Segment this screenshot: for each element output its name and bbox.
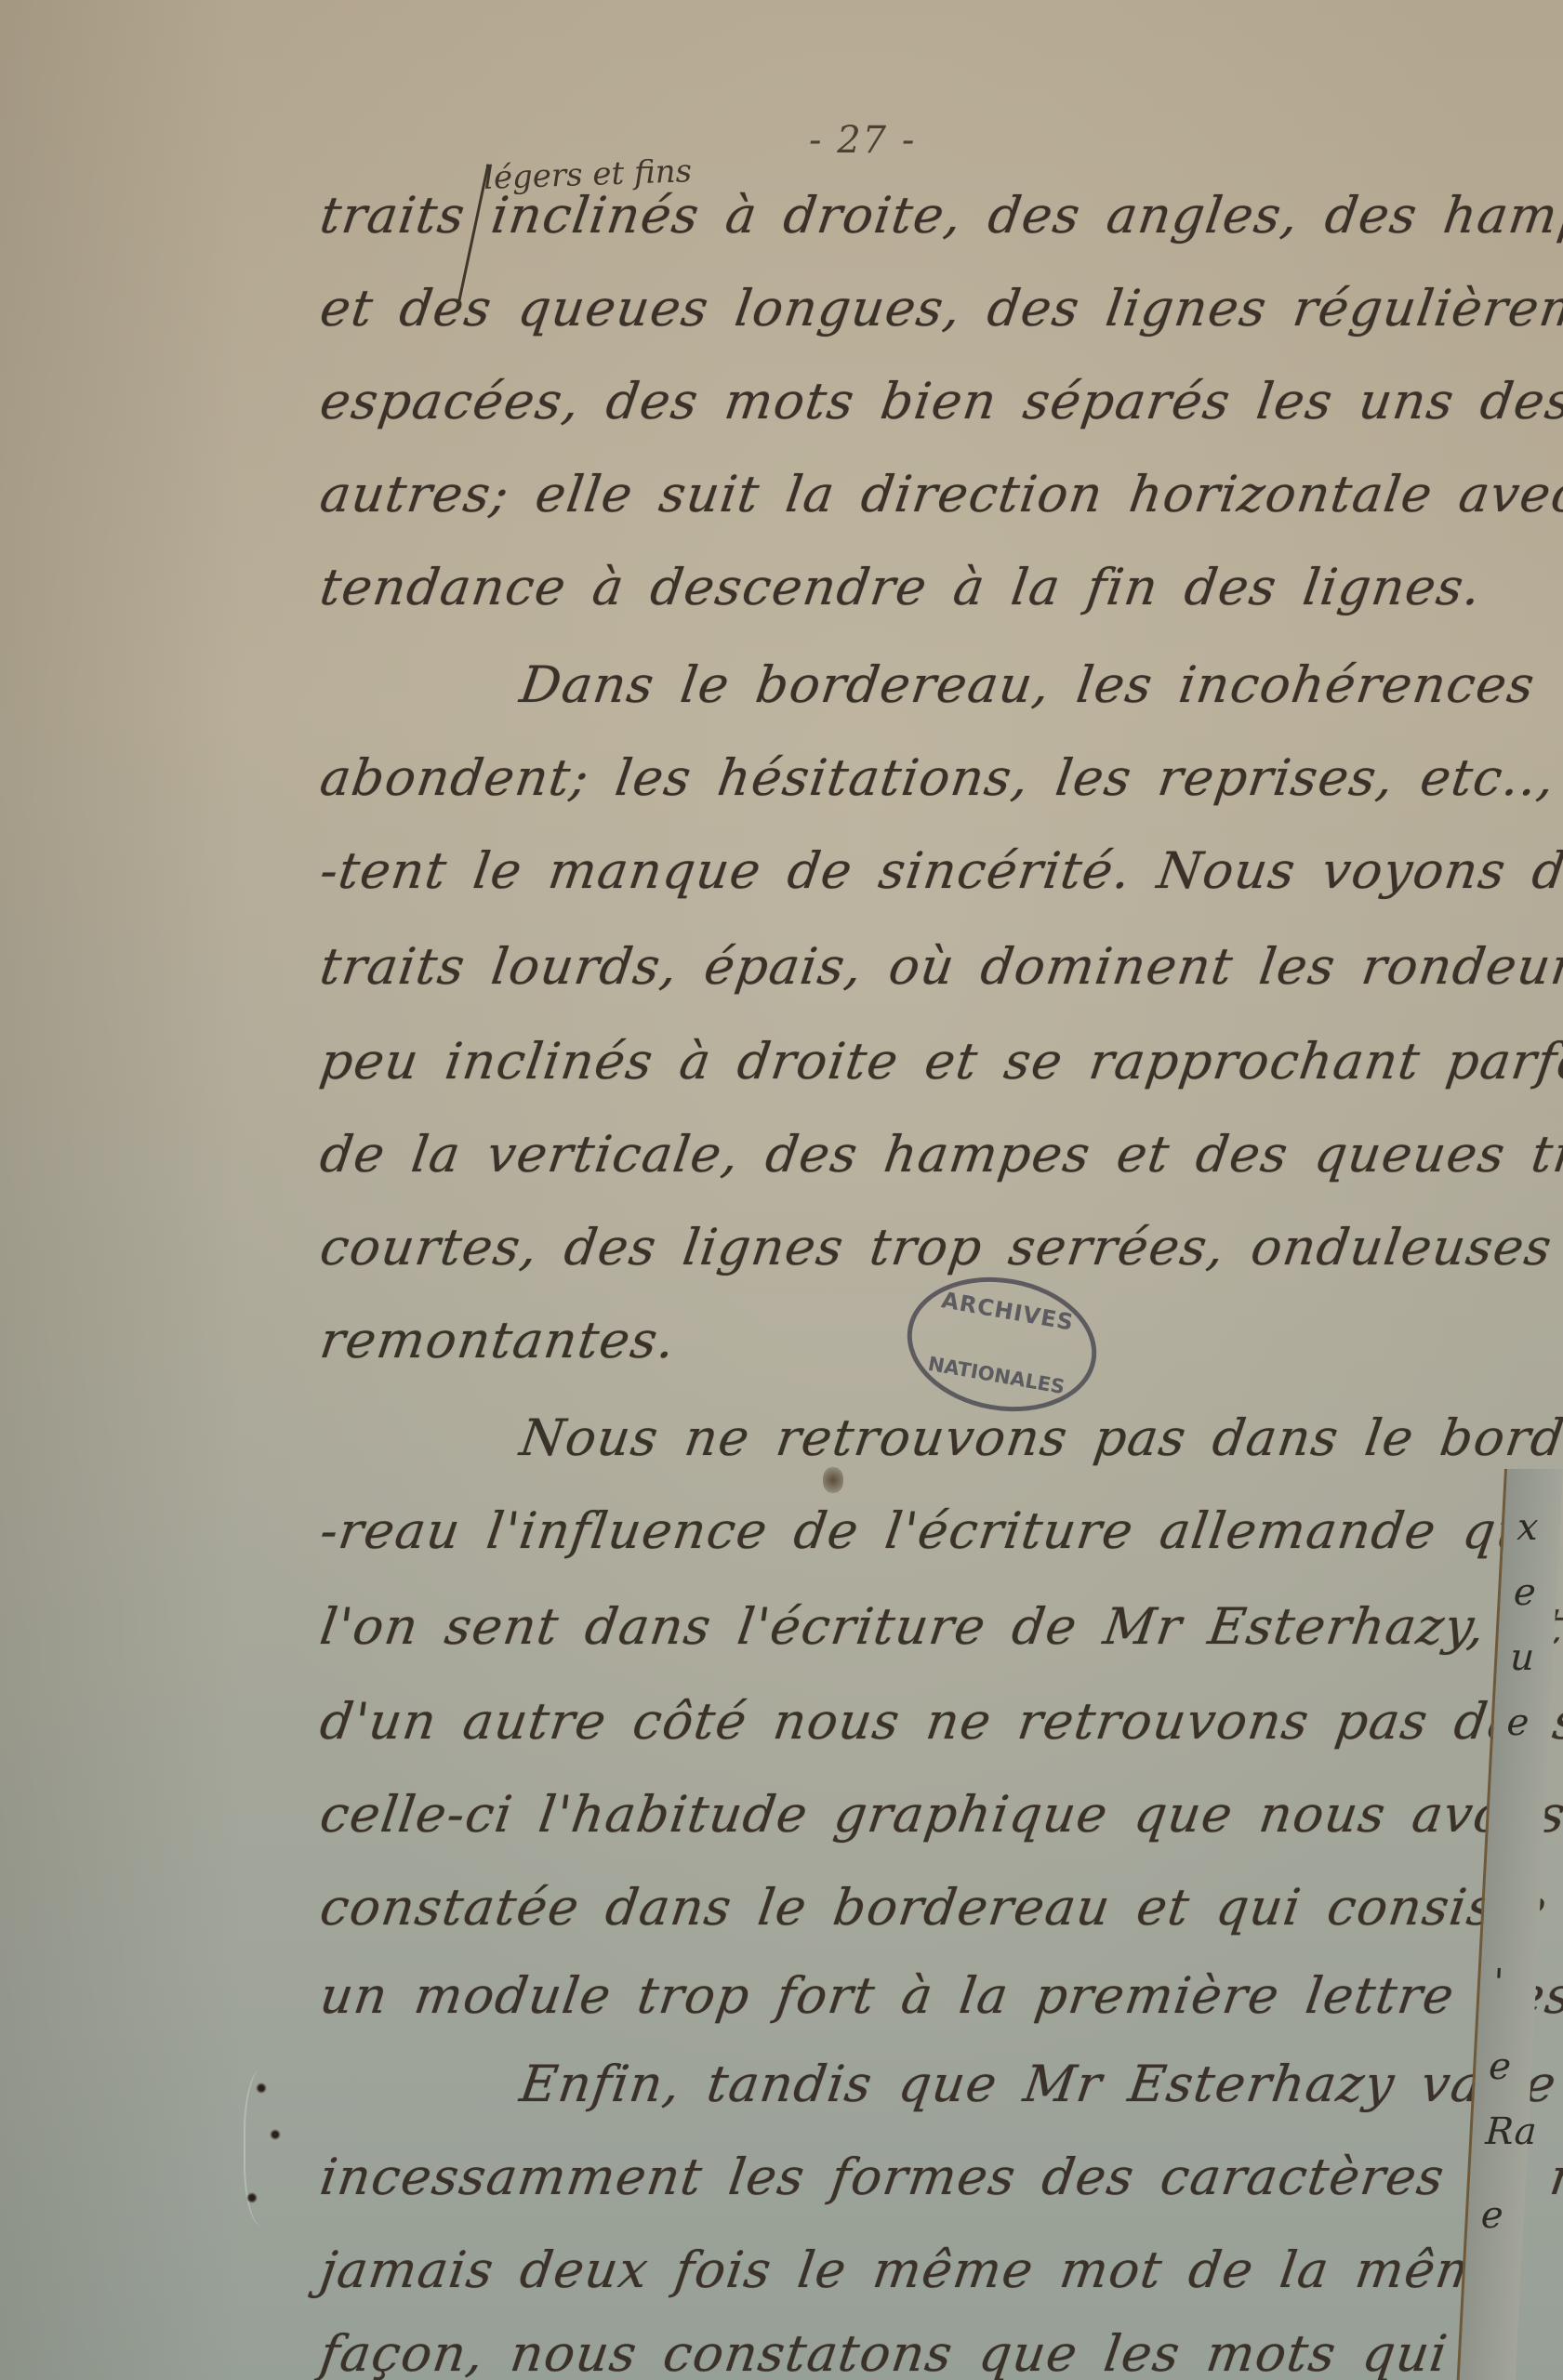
text-line: -reau l'influence de l'écriture allemand… — [317, 1501, 1563, 1560]
adjacent-page-fragment: e — [1480, 2194, 1504, 2237]
adjacent-page-fragment: e — [1505, 1701, 1530, 1744]
text-line: traits inclinés à droite, des angles, de… — [317, 186, 1563, 245]
text-line: autres; elle suit la direction horizonta… — [317, 465, 1563, 523]
text-line: traits lourds, épais, où dominent les ro… — [317, 937, 1563, 996]
text-line: de la verticale, des hampes et des queue… — [317, 1125, 1563, 1183]
pin-hole — [270, 2129, 281, 2140]
text-line: peu inclinés à droite et se rapprochant … — [317, 1032, 1563, 1091]
paragraph-start-line: Enfin, tandis que Mr Esterhazy varie — [517, 2055, 1561, 2113]
adjacent-page-fragment: ' — [1492, 1962, 1504, 2004]
paragraph-start-line: Dans le bordereau, les incohérences — [517, 655, 1539, 714]
text-line: jamais deux fois le même mot de la même — [317, 2241, 1521, 2299]
adjacent-page-fragment: Ra — [1484, 2110, 1537, 2153]
text-line: courtes, des lignes trop serrées, ondule… — [317, 1218, 1563, 1276]
adjacent-page-fragment: x — [1516, 1506, 1539, 1549]
adjacent-page-fragment: e — [1513, 1571, 1537, 1614]
text-line: constatée dans le bordereau et qui consi… — [317, 1878, 1563, 1937]
pin-hole — [256, 2082, 267, 2094]
ink-blot — [823, 1467, 843, 1493]
paragraph-start-line: Nous ne retrouvons pas dans le borde- — [517, 1408, 1563, 1467]
text-line: -tent le manque de sincérité. Nous voyon… — [317, 841, 1563, 900]
text-line: et des queues longues, des lignes réguli… — [317, 279, 1563, 337]
text-line: espacées, des mots bien séparés les uns … — [317, 372, 1563, 430]
text-line: abondent; les hésitations, les reprises,… — [317, 748, 1563, 807]
manuscript-page: - 27 - légers et fins traits inclinés à … — [0, 0, 1563, 2380]
text-line: un module trop fort à la première lettre… — [317, 1966, 1563, 2025]
text-line: celle-ci l'habitude graphique que nous a… — [317, 1785, 1563, 1844]
adjacent-page-fragment: e — [1488, 2045, 1512, 2088]
page-shadow — [0, 0, 242, 2380]
page-number: - 27 - — [809, 119, 916, 162]
text-line: remontantes. — [317, 1311, 680, 1369]
pin-hole — [246, 2192, 258, 2203]
text-line: d'un autre côté nous ne retrouvons pas d… — [317, 1692, 1563, 1751]
stamp-top-text: ARCHIVES — [916, 1283, 1099, 1340]
text-line: tendance à descendre à la fin des lignes… — [317, 558, 1486, 616]
text-line: l'on sent dans l'écriture de Mr Esterhaz… — [317, 1597, 1563, 1656]
text-line: façon, nous constatons que les mots qui — [317, 2324, 1452, 2380]
stamp-bottom-text: NATIONALES — [905, 1349, 1087, 1402]
text-line: incessamment les formes des caractères e… — [317, 2148, 1563, 2206]
archives-nationales-stamp: ARCHIVES NATIONALES — [896, 1263, 1107, 1425]
adjacent-page-fragment: u — [1509, 1636, 1535, 1679]
